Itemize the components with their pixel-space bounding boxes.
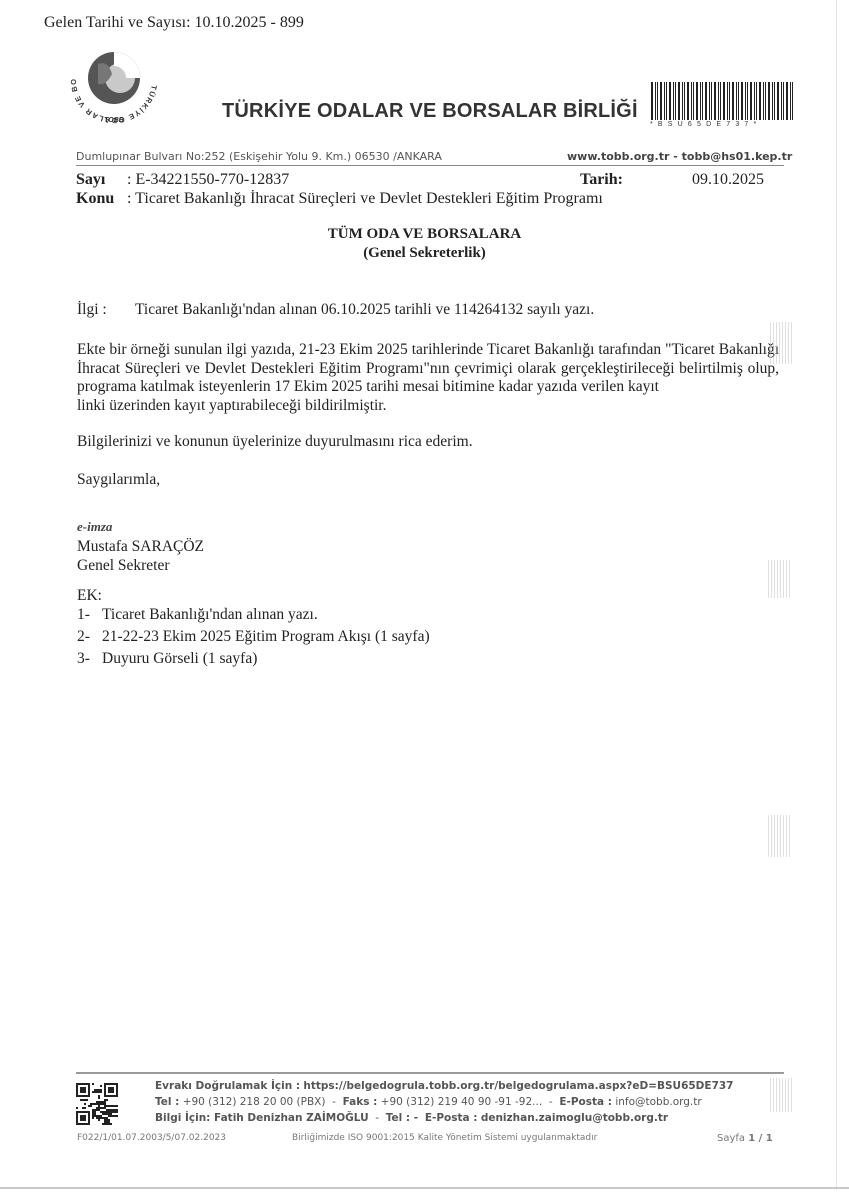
tarih-label: Tarih: (580, 171, 623, 189)
attachments-label: EK: (77, 587, 102, 606)
qr-code[interactable] (76, 1083, 118, 1125)
request-paragraph: Bilgilerinizi ve konunun üyelerinize duy… (77, 433, 473, 452)
verify-url-link[interactable]: https://belgedogrula.tobb.org.tr/belgedo… (303, 1080, 733, 1092)
info-email-link[interactable]: denizhan.zaimoglu@tobb.org.tr (481, 1112, 668, 1124)
scan-artifact (768, 815, 792, 857)
konu-value: : Ticaret Bakanlığı İhracat Süreçleri ve… (127, 190, 603, 208)
sayi-value: : E-34221550-770-12837 (127, 171, 289, 189)
received-stamp: Gelen Tarihi ve Sayısı: 10.10.2025 - 899 (44, 14, 304, 32)
document-barcode (650, 82, 796, 120)
iso-note: Birliğimizde ISO 9001:2015 Kalite Yöneti… (292, 1133, 597, 1143)
ilgi-text: Ticaret Bakanlığı'ndan alınan 06.10.2025… (135, 301, 594, 320)
scan-artifact (770, 1078, 792, 1112)
main-paragraph: Ekte bir örneği sunulan ilgi yazıda, 21-… (77, 341, 779, 415)
recipient-subline: (Genel Sekreterlik) (0, 245, 849, 262)
e-signature-mark: e-imza (77, 519, 112, 535)
svg-text:TOBB: TOBB (104, 117, 124, 124)
ilgi-label: İlgi : (77, 301, 107, 320)
recipient-line: TÜM ODA VE BORSALARA (0, 226, 849, 243)
signatory-name: Mustafa SARAÇÖZ (77, 538, 204, 557)
scan-right-edge (836, 0, 837, 1190)
organization-name: TÜRKİYE ODALAR VE BORSALAR BİRLİĞİ (222, 100, 638, 123)
page-number: Sayfa 1 / 1 (717, 1133, 773, 1144)
scan-bottom-edge (0, 1187, 849, 1189)
info-line: Bilgi İçin: Fatih Denizhan ZAİMOĞLU - Te… (155, 1112, 668, 1124)
scan-artifact (768, 560, 792, 598)
main-paragraph-last-line: linki üzerinden kayıt yaptırabileceği bi… (77, 397, 779, 416)
footer-divider (76, 1072, 784, 1074)
organization-address: Dumlupınar Bulvarı No:252 (Eskişehir Yol… (76, 150, 442, 163)
konu-label: Konu (76, 190, 114, 208)
tarih-value: 09.10.2025 (692, 171, 764, 189)
header-divider (76, 165, 784, 166)
footer-email-link[interactable]: info@tobb.org.tr (615, 1096, 701, 1108)
verify-line: Evrakı Doğrulamak İçin : https://belgedo… (155, 1080, 734, 1092)
signatory-title: Genel Sekreter (77, 557, 170, 576)
closing: Saygılarımla, (77, 471, 160, 490)
contact-line: Tel : +90 (312) 218 20 00 (PBX) - Faks :… (155, 1096, 702, 1108)
form-code: F022/1/01.07.2003/5/07.02.2023 (77, 1133, 226, 1143)
scan-artifact (770, 322, 792, 364)
tobb-logo: TÜRKİYE ODALAR VE BORSALAR BİRLİĞİ TOBB (68, 34, 160, 126)
sayi-label: Sayı (76, 171, 105, 189)
main-paragraph-text: Ekte bir örneği sunulan ilgi yazıda, 21-… (77, 341, 779, 397)
web-contact-link[interactable]: www.tobb.org.tr - tobb@hs01.kep.tr (567, 150, 792, 163)
barcode-text: *BSU65DE737* (650, 121, 796, 128)
